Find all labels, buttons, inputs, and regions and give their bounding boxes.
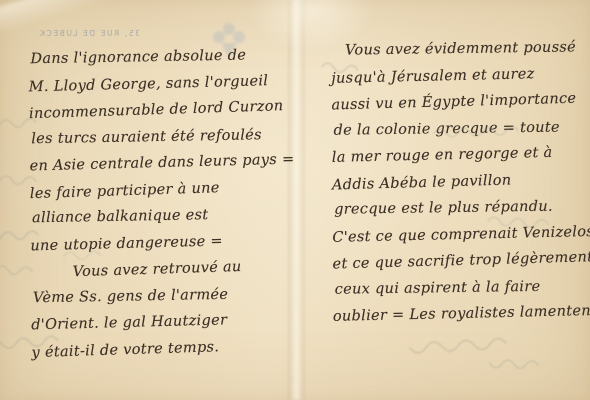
handwriting-line: Vème Ss. gens de l'armée (33, 284, 293, 307)
handwriting-line: les turcs auraient été refoulés (31, 125, 291, 148)
showthrough-ghost-writing (42, 247, 102, 263)
handwriting-line: en Asie centrale dans leurs pays = (29, 151, 291, 176)
handwriting-line: Addis Abéba le pavillon (332, 169, 582, 194)
handwriting-line: y était-il de votre temps. (31, 335, 293, 361)
handwriting-line: Vous avez évidemment poussé (345, 38, 581, 59)
handwriting-line: Dans l'ignorance absolue de (30, 46, 290, 69)
handwriting-line: et ce que sacrifie trop légèrement (332, 249, 582, 274)
showthrough-ghost-writing (0, 260, 34, 277)
handwriting-line: jusqu'à Jérusalem et aurez (331, 64, 581, 88)
right-page: Vous avez évidemment poussé jusqu'à Jéru… (331, 39, 583, 332)
handwriting-line: les faire participer à une (30, 176, 292, 202)
handwriting-line: ceux qui aspirent à la faire (335, 277, 583, 298)
handwriting-line: aussi vu en Égypte l'importance (331, 90, 581, 115)
showthrough-ghost-writing (470, 355, 540, 371)
handwriting-line: Vous avez retrouvé au (72, 256, 292, 281)
showthrough-ghost-writing (0, 171, 38, 187)
mirrored-letterhead: 35, RUE DE LUBECK (30, 29, 140, 38)
handwriting-line: d'Orient. le gal Hautziger (31, 310, 293, 335)
left-page: Dans l'ignorance absolue de M. Lloyd Geo… (28, 47, 293, 368)
handwriting-line: la mer rouge en regorge et à (332, 143, 582, 167)
showthrough-ghost-writing (0, 227, 40, 243)
letter-scan: 35, RUE DE LUBECK Dans l'ignorance absol… (0, 0, 590, 400)
handwriting-line: alliance balkanique est (32, 205, 292, 228)
handwriting-line: incommensurable de lord Curzon (29, 97, 291, 123)
handwriting-line: M. Lloyd George, sans l'orgueil (29, 71, 291, 96)
showthrough-ghost-writing (398, 333, 509, 357)
handwriting-line: oublier = Les royalistes lamentent (333, 302, 583, 326)
